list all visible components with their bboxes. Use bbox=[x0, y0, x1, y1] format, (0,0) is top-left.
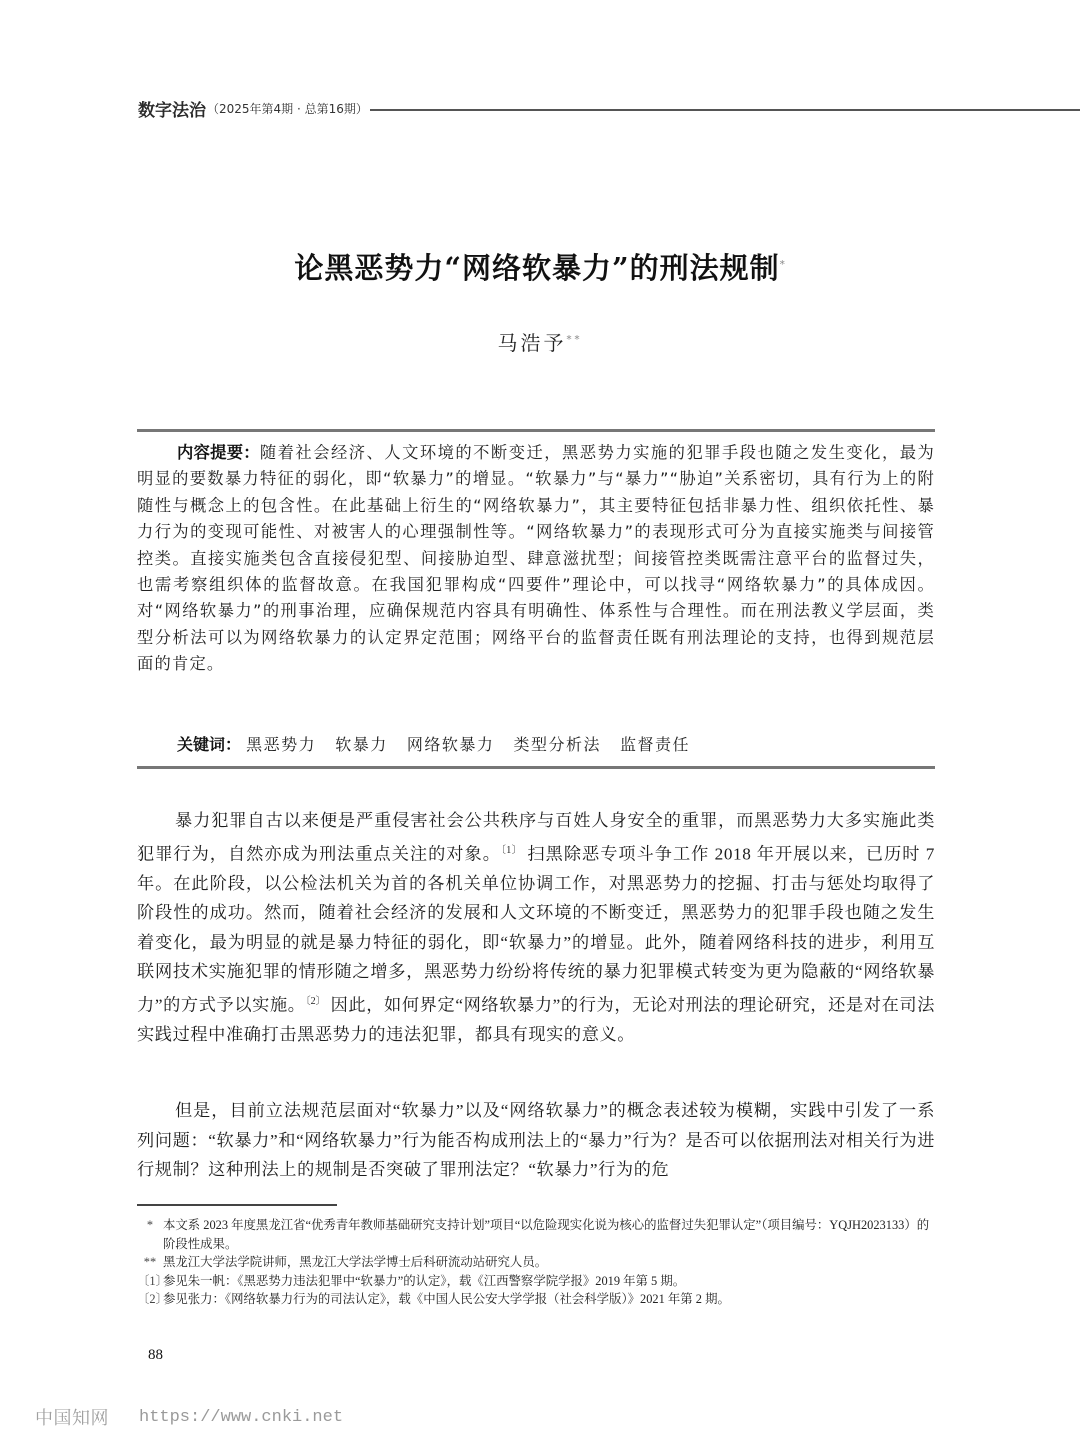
page-number: 88 bbox=[148, 1347, 163, 1364]
footnote: 〔2〕 参见张力：《网络软暴力行为的司法认定》，载《中国人民公安大学学报（社会科… bbox=[137, 1290, 937, 1309]
author-name: 马浩予 bbox=[498, 331, 567, 355]
keyword: 监督责任 bbox=[620, 735, 690, 754]
author-footnote-mark: ** bbox=[567, 334, 583, 345]
keyword: 类型分析法 bbox=[513, 735, 601, 754]
footnote-mark: * bbox=[137, 1216, 163, 1253]
body-paragraph-1: 暴力犯罪自古以来便是严重侵害社会公共秩序与百姓人身安全的重罪，而黑恶势力大多实施… bbox=[137, 806, 935, 1049]
footnotes: * 本文系 2023 年度黑龙江省“优秀青年教师基础研究支持计划”项目“以危险现… bbox=[137, 1216, 937, 1309]
article-title: 论黑恶势力“网络软暴力”的刑法规制* bbox=[0, 246, 1080, 287]
watermark-url[interactable]: https://www.cnki.net bbox=[139, 1408, 343, 1427]
footnote: * 本文系 2023 年度黑龙江省“优秀青年教师基础研究支持计划”项目“以危险现… bbox=[137, 1216, 937, 1253]
running-header: 数字法治 （2025年第4期 · 总第16期） bbox=[138, 96, 1080, 121]
footnote-mark: ** bbox=[137, 1253, 163, 1272]
citation-link-2[interactable]: 〔2〕 bbox=[306, 996, 326, 1007]
footnote-text: 本文系 2023 年度黑龙江省“优秀青年教师基础研究支持计划”项目“以危险现实化… bbox=[163, 1216, 937, 1253]
keywords-label: 关键词： bbox=[177, 735, 241, 754]
author-line: 马浩予** bbox=[0, 327, 1080, 356]
abstract-text: 随着社会经济、人文环境的不断变迁，黑恶势力实施的犯罪手段也随之发生变化，最为明显… bbox=[137, 443, 935, 673]
footnote-text: 黑龙江大学法学院讲师，黑龙江大学法学博士后科研流动站研究人员。 bbox=[163, 1253, 937, 1272]
header-rule bbox=[370, 109, 1080, 111]
keyword: 黑恶势力 bbox=[246, 735, 316, 754]
footnote: ** 黑龙江大学法学院讲师，黑龙江大学法学博士后科研流动站研究人员。 bbox=[137, 1253, 937, 1272]
abstract-top-rule bbox=[137, 429, 935, 432]
abstract-bottom-rule bbox=[137, 766, 935, 769]
abstract-label: 内容提要： bbox=[177, 443, 260, 462]
footnote-text: 参见张力：《网络软暴力行为的司法认定》，载《中国人民公安大学学报（社会科学版）》… bbox=[163, 1290, 937, 1309]
keyword: 网络软暴力 bbox=[407, 735, 495, 754]
paragraph-text: 但是，目前立法规范层面对“软暴力”以及“网络软暴力”的概念表述较为模糊，实践中引… bbox=[137, 1101, 935, 1179]
journal-name: 数字法治 bbox=[138, 96, 206, 121]
title-text: 论黑恶势力“网络软暴力”的刑法规制 bbox=[294, 251, 779, 285]
cnki-watermark: 中国知网 https://www.cnki.net bbox=[35, 1404, 343, 1430]
paragraph-text: 扫黑除恶专项斗争工作 2018 年开展以来，已历时 7 年。在此阶段，以公检法机… bbox=[137, 844, 935, 1014]
footnote-mark: 〔1〕 bbox=[137, 1272, 163, 1291]
body-paragraph-2: 但是，目前立法规范层面对“软暴力”以及“网络软暴力”的概念表述较为模糊，实践中引… bbox=[137, 1096, 935, 1185]
footnote-text: 参见朱一帆：《黑恶势力违法犯罪中“软暴力”的认定》，载《江西警察学院学报》201… bbox=[163, 1272, 937, 1291]
keyword: 软暴力 bbox=[335, 735, 388, 754]
citation-link-1[interactable]: 〔1〕 bbox=[501, 845, 522, 856]
issue-info: （2025年第4期 · 总第16期） bbox=[207, 100, 368, 117]
abstract: 内容提要：随着社会经济、人文环境的不断变迁，黑恶势力实施的犯罪手段也随之发生变化… bbox=[137, 440, 935, 678]
footnote: 〔1〕 参见朱一帆：《黑恶势力违法犯罪中“软暴力”的认定》，载《江西警察学院学报… bbox=[137, 1272, 937, 1291]
footnote-separator bbox=[137, 1204, 337, 1206]
title-footnote-mark: * bbox=[780, 259, 786, 270]
watermark-name: 中国知网 bbox=[35, 1404, 109, 1430]
footnote-mark: 〔2〕 bbox=[137, 1290, 163, 1309]
keywords: 关键词： 黑恶势力 软暴力 网络软暴力 类型分析法 监督责任 bbox=[177, 732, 704, 755]
